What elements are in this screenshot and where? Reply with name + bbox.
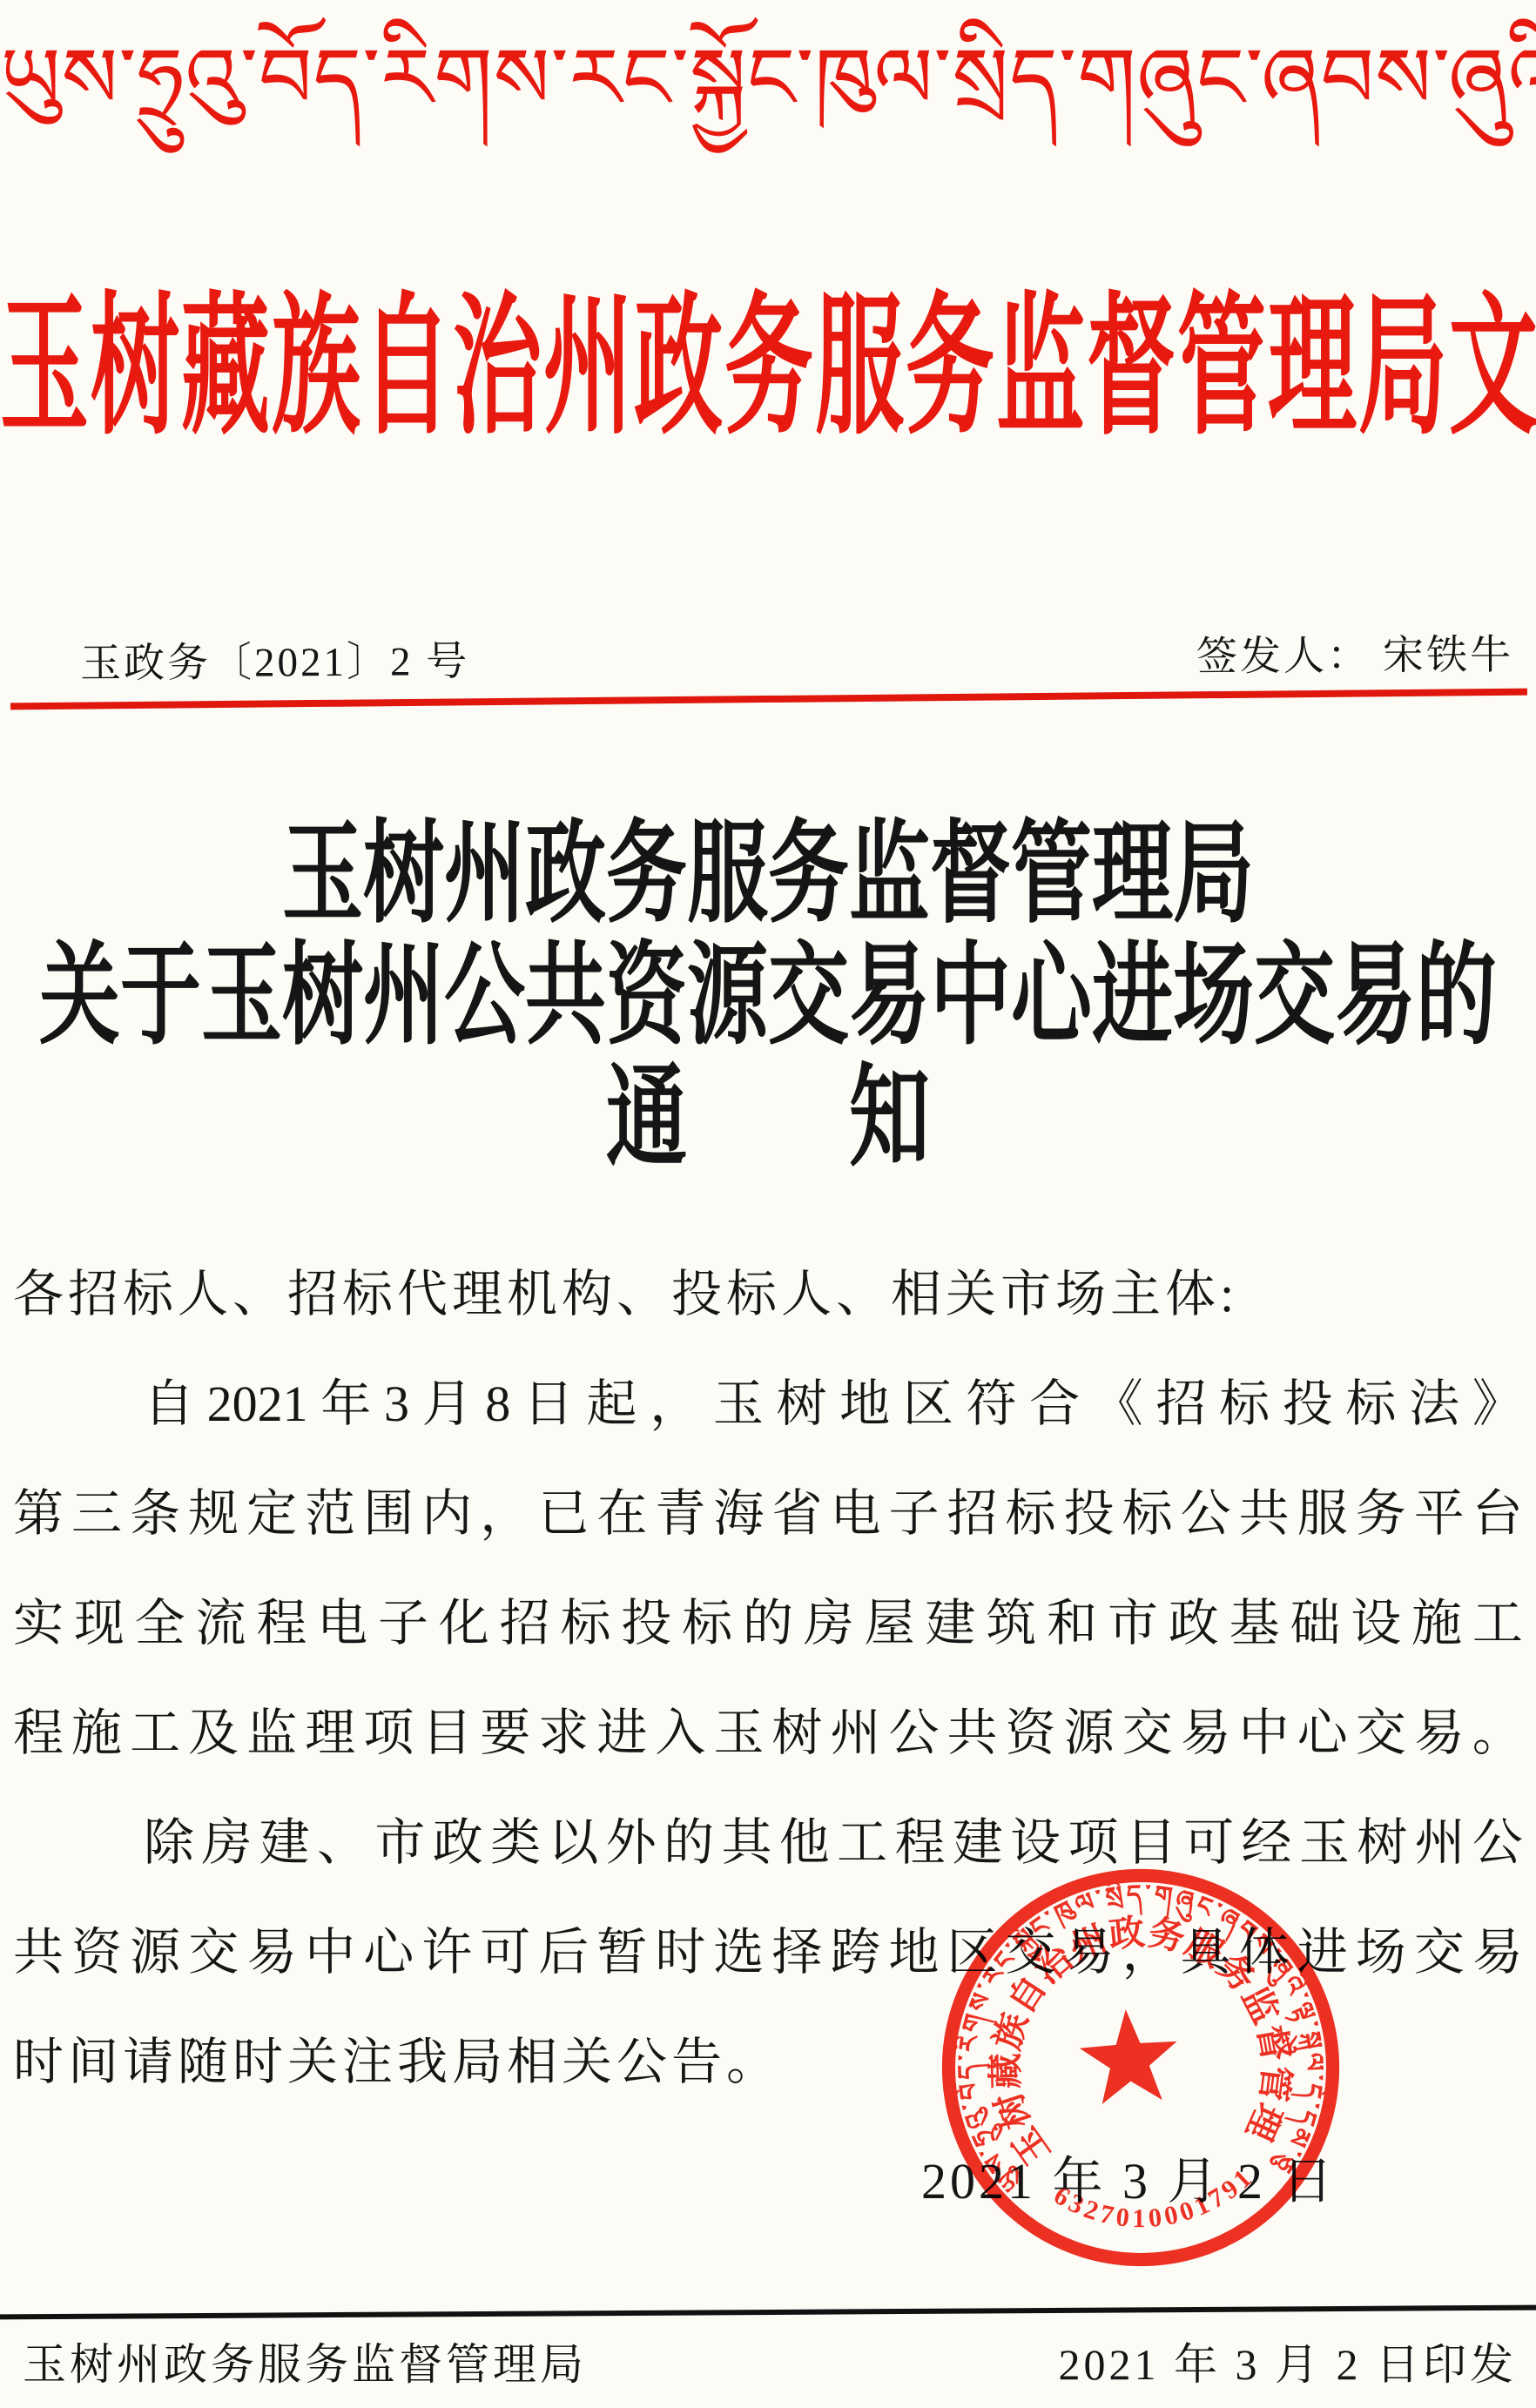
body-line: 各招标人、招标代理机构、投标人、相关市场主体: (13, 1240, 1523, 1349)
body-line: 实现全流程电子化招标投标的房屋建筑和市政基础设施工 (13, 1569, 1523, 1678)
issuer-label: 签发人： (1196, 634, 1371, 680)
footer-separator-line (0, 2305, 1536, 2320)
seal-serial-number: 6327010001791 (1047, 2160, 1263, 2240)
footer-print-date: 2021 年 3 月 2 日印发 (1059, 2330, 1518, 2392)
notice-title: 玉树州政务服务监督管理局 关于玉树州公共资源交易中心进场交易的 通 知 (0, 815, 1536, 1180)
tibetan-banner-text: ཡུས་ཧྲུའུ་བོད་རིགས་རང་སྐྱོང་ཁུལ་སྲིད་གཞུ… (0, 23, 1536, 240)
official-seal: ཡུས་ཧྲུའུ་བོད་རིགས་རང་སྐྱོང་ཁུལ་སྲིད་གཞུ… (923, 1850, 1358, 2285)
star-icon (1077, 2006, 1181, 2105)
body-line: 第三条规定范围内，已在青海省电子招标投标公共服务平台 (13, 1459, 1523, 1569)
org-letterhead-title: 玉树藏族自治州政务服务监督管理局文件 (0, 246, 1536, 464)
body-line: 程施工及监理项目要求进入玉树州公共资源交易中心交易。 (13, 1678, 1523, 1788)
doc-info-row: 玉政务〔2021〕2 号 签发人：宋铁牛 (0, 622, 1536, 690)
issuer-name: 宋铁牛 (1383, 633, 1513, 679)
issuer: 签发人：宋铁牛 (1196, 622, 1513, 683)
footer: 玉树州政务服务监督管理局 2021 年 3 月 2 日印发 (0, 2330, 1536, 2392)
red-separator-line (10, 689, 1527, 710)
document-page: ཡུས་ཧྲུའུ་བོད་རིགས་རང་སྐྱོང་ཁུལ་སྲིད་གཞུ… (0, 0, 1536, 2408)
doc-number: 玉政务〔2021〕2 号 (80, 629, 470, 689)
notice-title-line3: 通 知 (0, 1035, 1536, 1203)
body-line: 自2021年3月8日起，玉树地区符合《招标投标法》 (13, 1349, 1523, 1459)
footer-issuing-org: 玉树州政务服务监督管理局 (23, 2330, 587, 2392)
